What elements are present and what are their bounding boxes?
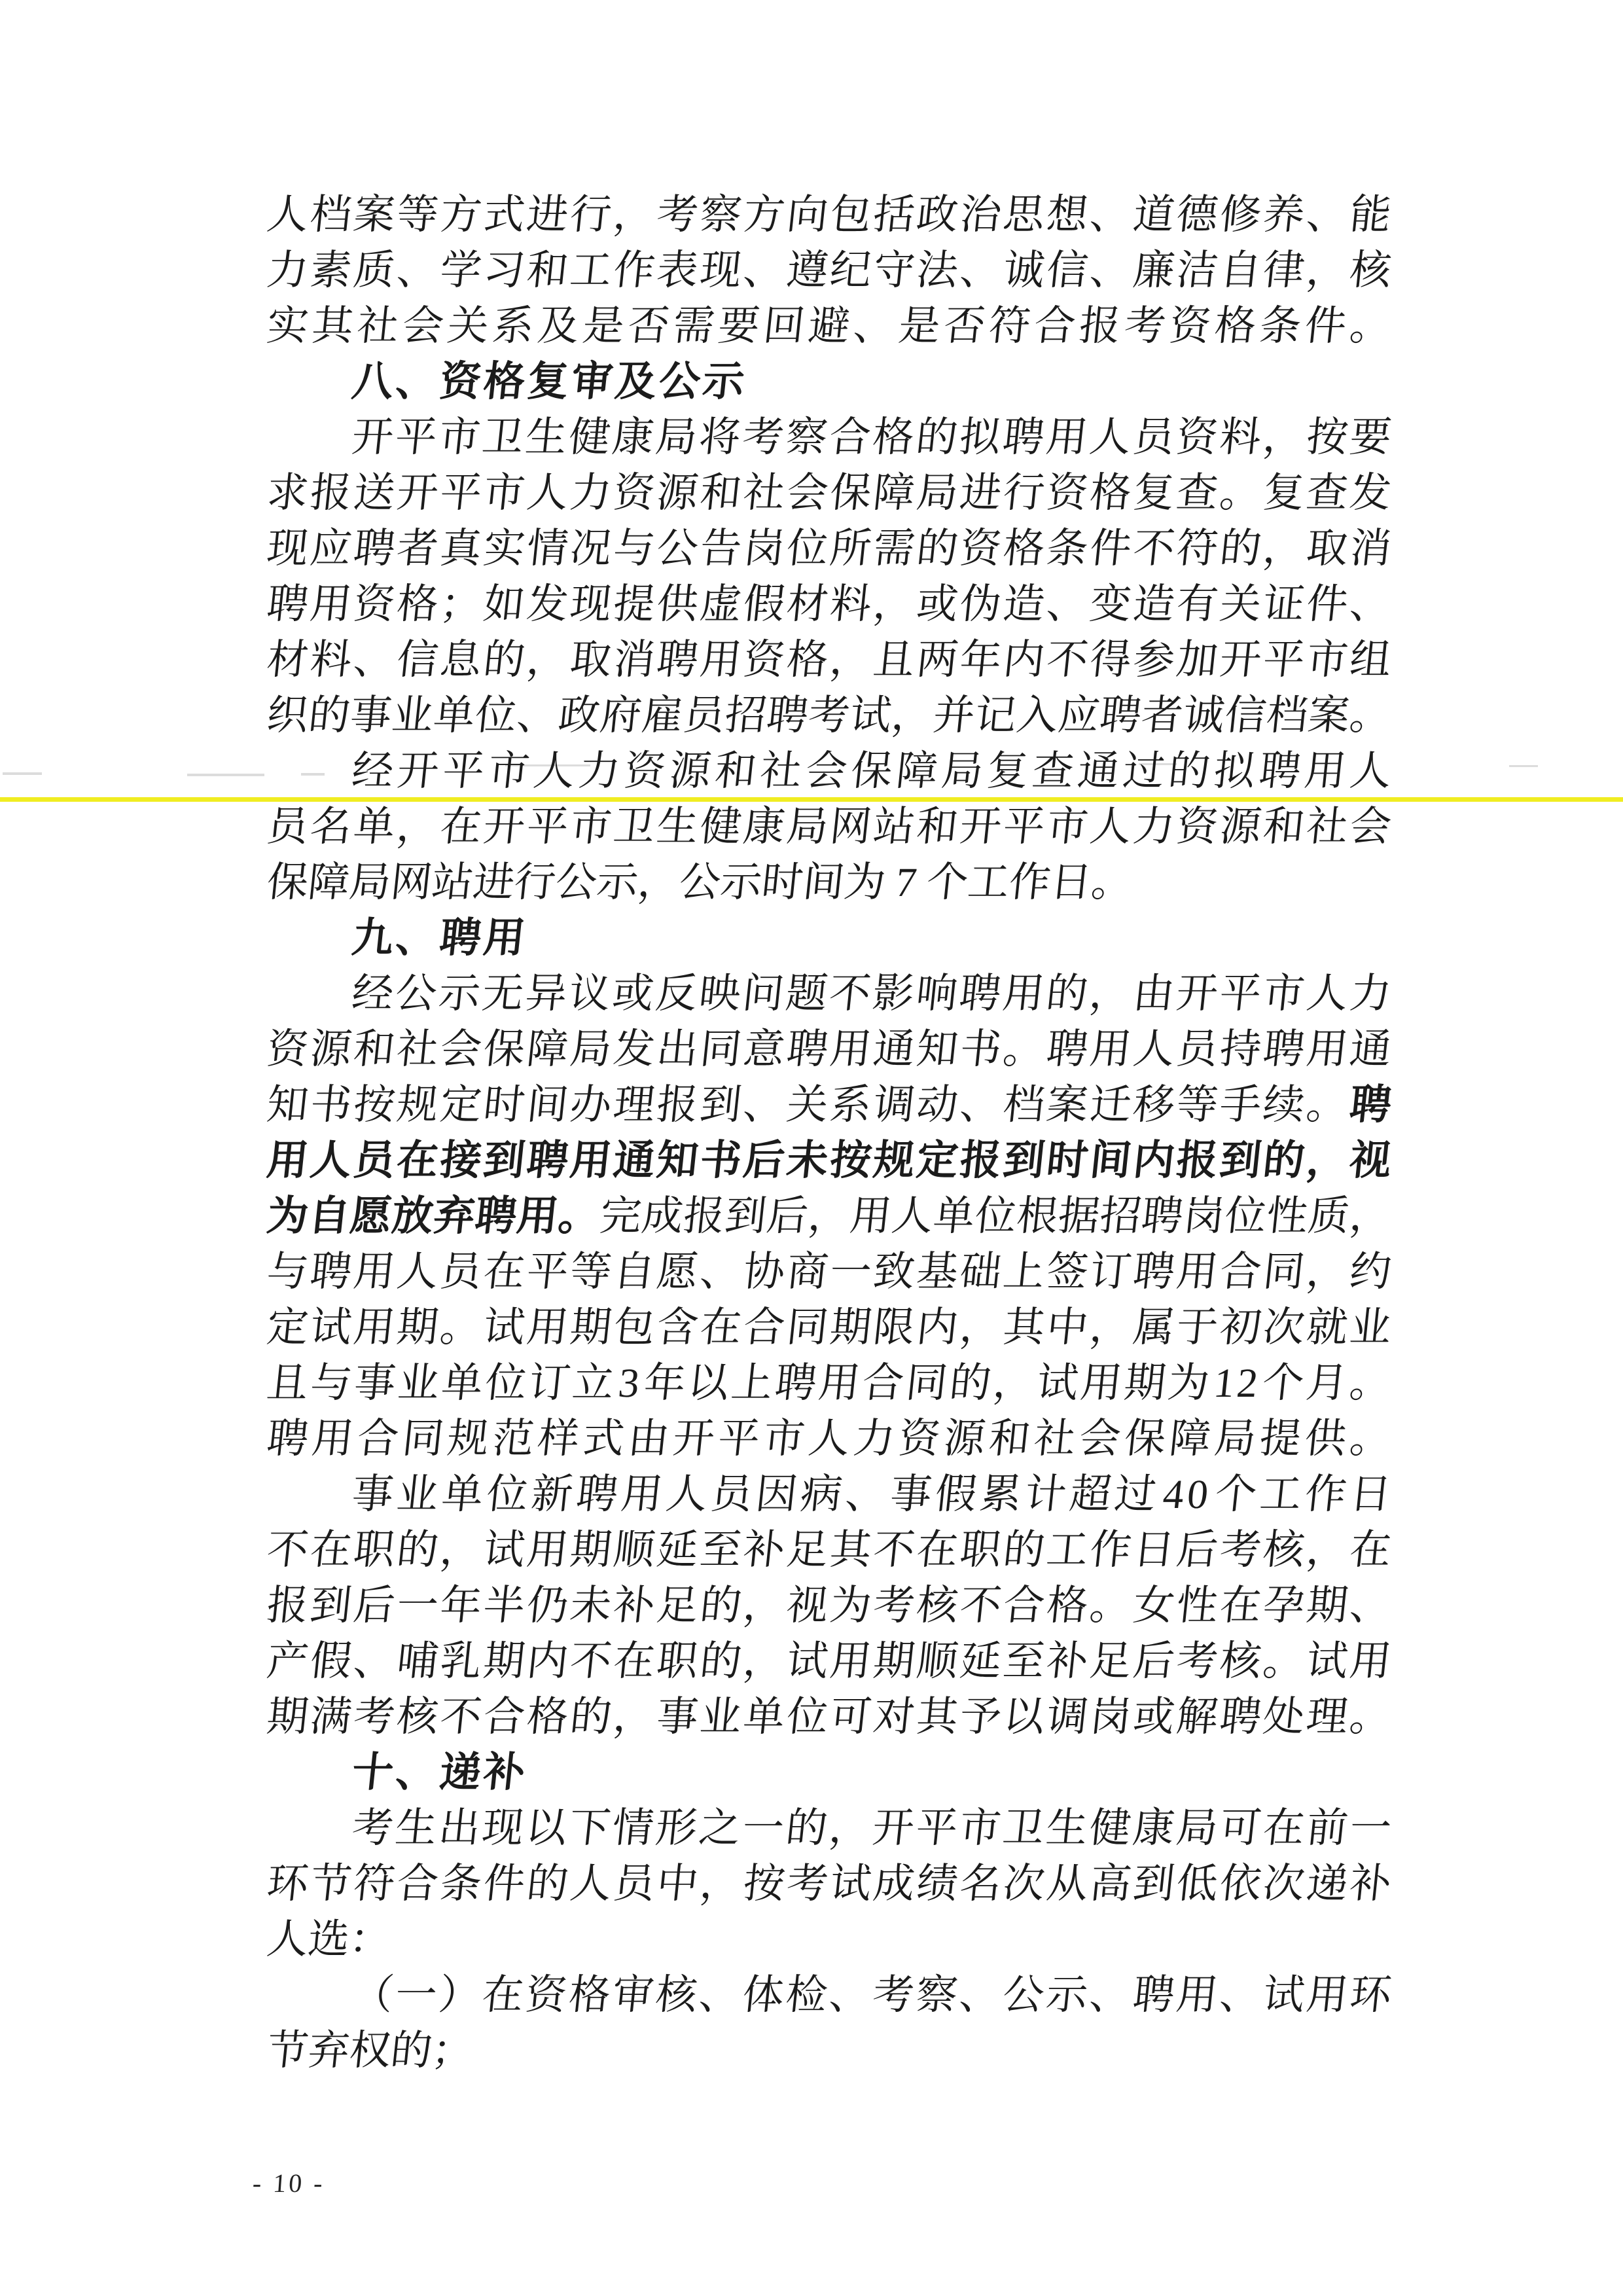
text-line: 保障局网站进行公示，公示时间为 7 个工作日。 <box>264 855 1395 910</box>
text-line: 用人员在接到聘用通知书后未按规定报到时间内报到的，视 <box>264 1133 1395 1189</box>
page-number: - 10 - <box>251 2168 326 2199</box>
text-line: 环节符合条件的人员中，按考试成绩名次从高到低依次递补 <box>264 1856 1395 1912</box>
text-line: 现应聘者真实情况与公告岗位所需的资格条件不符的，取消 <box>264 521 1395 577</box>
text-line: 人选： <box>264 1912 1395 1967</box>
text-line: 人档案等方式进行，考察方向包括政治思想、道德修养、能 <box>264 187 1395 243</box>
text-line: 为自愿放弃聘用。完成报到后，用人单位根据招聘岗位性质， <box>264 1189 1395 1244</box>
scanned-document-page: 人档案等方式进行，考察方向包括政治思想、道德修养、能力素质、学习和工作表现、遵纪… <box>0 0 1623 2296</box>
scan-artifact <box>1509 765 1538 767</box>
text-line: 经开平市人力资源和社会保障局复查通过的拟聘用人 <box>264 744 1395 799</box>
text-line: 材料、信息的，取消聘用资格，且两年内不得参加开平市组 <box>264 632 1395 688</box>
text-line: 且与事业单位订立 3 年以上聘用合同的，试用期为 12 个月。 <box>264 1355 1395 1411</box>
text-line: 节弃权的； <box>264 2023 1395 2079</box>
text-line: 定试用期。试用期包含在合同期限内，其中，属于初次就业 <box>264 1300 1395 1355</box>
text-block: 人档案等方式进行，考察方向包括政治思想、道德修养、能力素质、学习和工作表现、遵纪… <box>267 187 1391 2079</box>
text-line: 经公示无异议或反映问题不影响聘用的，由开平市人力 <box>264 966 1395 1022</box>
text-line: （一）在资格审核、体检、考察、公示、聘用、试用环 <box>264 1967 1395 2023</box>
text-line: 聘用合同规范样式由开平市人力资源和社会保障局提供。 <box>264 1411 1395 1467</box>
text-line: 开平市卫生健康局将考察合格的拟聘用人员资料，按要 <box>264 410 1395 465</box>
text-line: 不在职的，试用期顺延至补足其不在职的工作日后考核，在 <box>264 1522 1395 1578</box>
text-line: 考生出现以下情形之一的，开平市卫生健康局可在前一 <box>264 1801 1395 1856</box>
text-line: 事业单位新聘用人员因病、事假累计超过 40 个工作日 <box>264 1467 1395 1522</box>
heading-line: 八、资格复审及公示 <box>264 354 1395 410</box>
text-line: 员名单，在开平市卫生健康局网站和开平市人力资源和社会 <box>264 799 1395 855</box>
text-line: 实其社会关系及是否需要回避、是否符合报考资格条件。 <box>264 298 1395 354</box>
text-line: 报到后一年半仍未补足的，视为考核不合格。女性在孕期、 <box>264 1578 1395 1634</box>
text-line: 织的事业单位、政府雇员招聘考试，并记入应聘者诚信档案。 <box>264 688 1395 744</box>
scan-artifact <box>3 772 42 775</box>
text-line: 聘用资格；如发现提供虚假材料，或伪造、变造有关证件、 <box>264 577 1395 632</box>
text-line: 与聘用人员在平等自愿、协商一致基础上签订聘用合同，约 <box>264 1244 1395 1300</box>
scan-artifact <box>187 774 264 776</box>
text-line: 资源和社会保障局发出同意聘用通知书。聘用人员持聘用通 <box>264 1022 1395 1077</box>
highlighter-mark <box>0 797 1623 802</box>
text-line: 求报送开平市人力资源和社会保障局进行资格复查。复查发 <box>264 465 1395 521</box>
text-line: 知书按规定时间办理报到、关系调动、档案迁移等手续。聘 <box>264 1077 1395 1133</box>
heading-line: 十、递补 <box>264 1745 1395 1801</box>
heading-line: 九、聘用 <box>264 910 1395 966</box>
text-line: 产假、哺乳期内不在职的，试用期顺延至补足后考核。试用 <box>264 1634 1395 1689</box>
text-line: 期满考核不合格的，事业单位可对其予以调岗或解聘处理。 <box>264 1689 1395 1745</box>
text-line: 力素质、学习和工作表现、遵纪守法、诚信、廉洁自律，核 <box>264 243 1395 298</box>
